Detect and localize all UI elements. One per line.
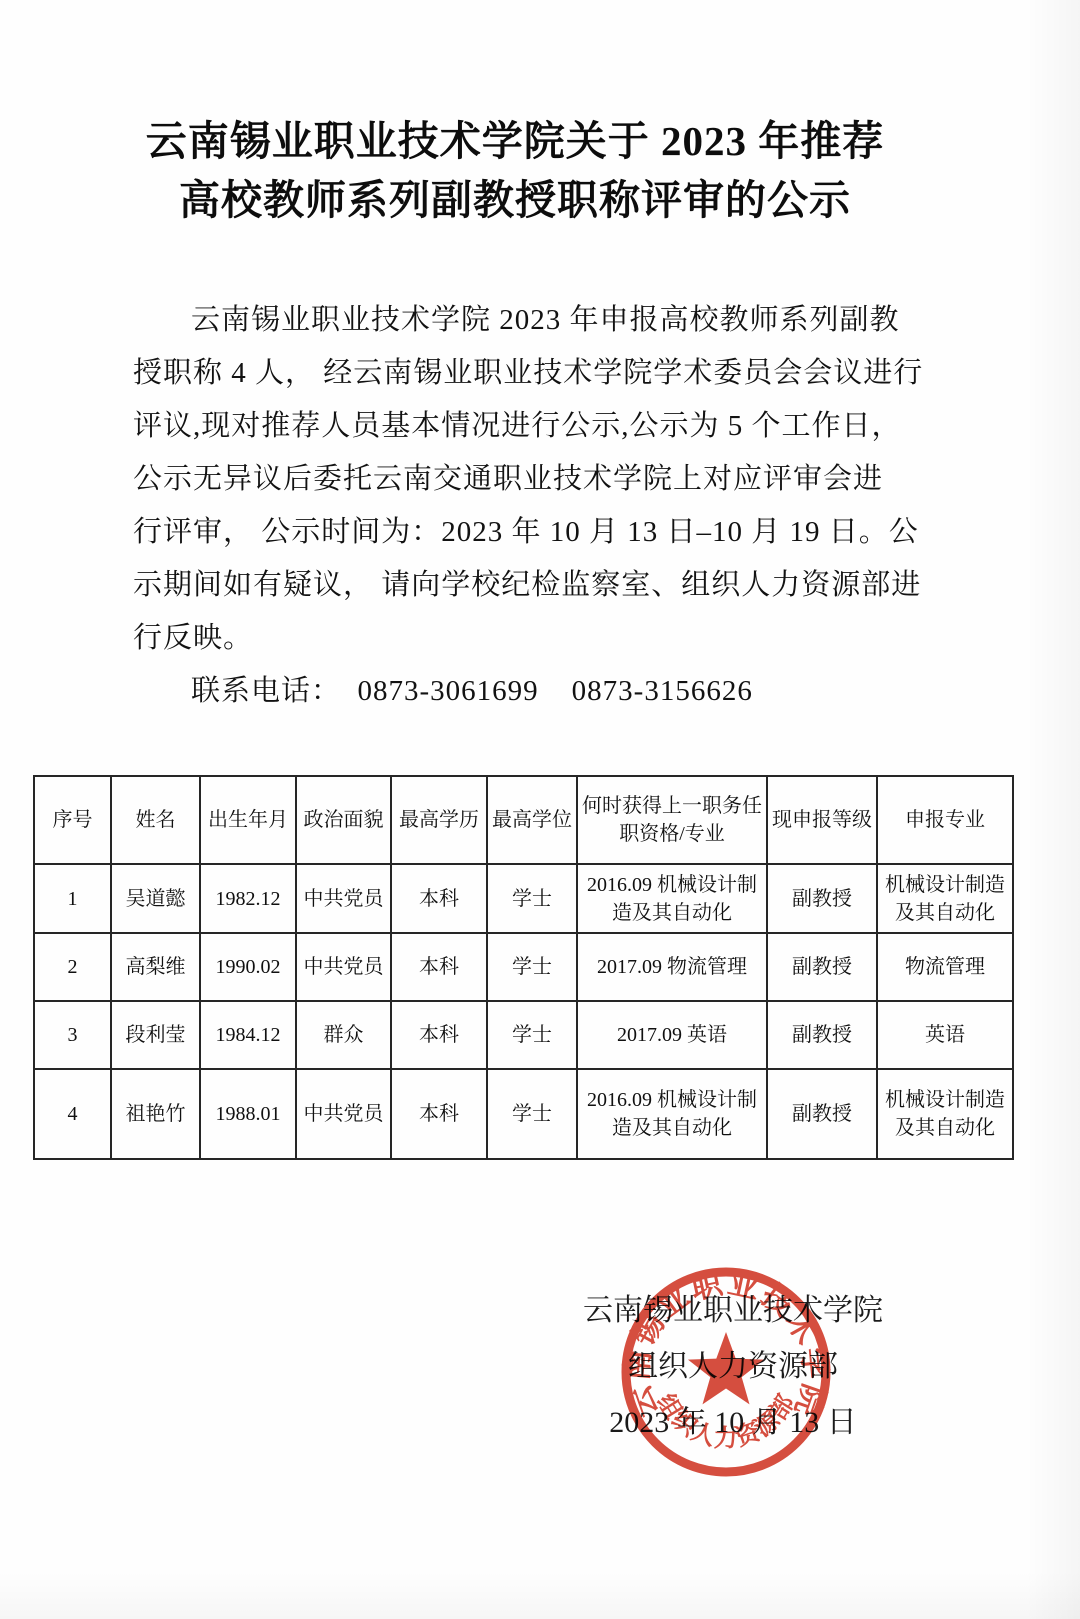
table-row: 3 段利莹 1984.12 群众 本科 学士 2017.09 英语 副教授 英语 (34, 1001, 1013, 1069)
table-cell: 机械设计制造及其自动化 (877, 1069, 1013, 1159)
table-cell: 群众 (296, 1001, 391, 1069)
column-header-applied-major: 申报专业 (877, 776, 1013, 864)
table-cell: 副教授 (767, 933, 877, 1001)
table-cell: 吴道懿 (111, 864, 200, 933)
table-cell: 副教授 (767, 864, 877, 933)
stamp-bottom-text: 组织人力资源部 (651, 1389, 800, 1452)
stamp-star-icon (688, 1332, 764, 1404)
paragraph-line: 行评审， 公示时间为：2023 年 10 月 13 日–10 月 19 日。公 (133, 506, 923, 559)
table-cell: 本科 (391, 1069, 487, 1159)
column-header-education: 最高学历 (391, 776, 487, 864)
paragraph-line: 授职称 4 人， 经云南锡业职业技术学院学术委员会会议进行 (133, 347, 923, 400)
paragraph-line: 评议,现对推荐人员基本情况进行公示,公示为 5 个工作日， (133, 400, 923, 453)
table-cell: 段利莹 (111, 1001, 200, 1069)
table-cell: 中共党员 (296, 1069, 391, 1159)
table-cell: 学士 (487, 933, 577, 1001)
table-row: 4 祖艳竹 1988.01 中共党员 本科 学士 2016.09 机械设计制造及… (34, 1069, 1013, 1159)
title-line-1: 云南锡业职业技术学院关于 2023 年推荐 (0, 112, 1030, 171)
official-stamp: 云南锡业职业技术学院 组织人力资源部 (606, 1252, 846, 1492)
document-page: 云南锡业职业技术学院关于 2023 年推荐 高校教师系列副教授职称评审的公示 云… (0, 0, 1080, 1619)
table-cell: 1984.12 (200, 1001, 296, 1069)
contact-phone-line: 联系电话： 0873-3061699 0873-3156626 (133, 665, 923, 718)
table-cell: 2016.09 机械设计制造及其自动化 (577, 864, 767, 933)
table-cell: 1988.01 (200, 1069, 296, 1159)
table-cell: 3 (34, 1001, 111, 1069)
table-cell: 本科 (391, 1001, 487, 1069)
table-cell: 2016.09 机械设计制造及其自动化 (577, 1069, 767, 1159)
column-header-degree: 最高学位 (487, 776, 577, 864)
table-cell: 1982.12 (200, 864, 296, 933)
table-cell: 机械设计制造及其自动化 (877, 864, 1013, 933)
title-line-2: 高校教师系列副教授职称评审的公示 (0, 171, 1030, 230)
table-cell: 高梨维 (111, 933, 200, 1001)
paragraph-line: 行反映。 (133, 612, 923, 665)
paragraph-line: 公示无异议后委托云南交通职业技术学院上对应评审会进 (133, 453, 923, 506)
column-header-birthdate: 出生年月 (200, 776, 296, 864)
table-cell: 2017.09 物流管理 (577, 933, 767, 1001)
table-row: 1 吴道懿 1982.12 中共党员 本科 学士 2016.09 机械设计制造及… (34, 864, 1013, 933)
table-cell: 本科 (391, 933, 487, 1001)
table-header-row: 序号 姓名 出生年月 政治面貌 最高学历 最高学位 何时获得上一职务任职资格/专… (34, 776, 1013, 864)
table-cell: 2017.09 英语 (577, 1001, 767, 1069)
table-cell: 物流管理 (877, 933, 1013, 1001)
table-cell: 副教授 (767, 1001, 877, 1069)
recommendation-table: 序号 姓名 出生年月 政治面貌 最高学历 最高学位 何时获得上一职务任职资格/专… (33, 775, 1014, 1160)
table-cell: 4 (34, 1069, 111, 1159)
body-paragraph: 云南锡业职业技术学院 2023 年申报高校教师系列副教 授职称 4 人， 经云南… (133, 294, 923, 718)
column-header-name: 姓名 (111, 776, 200, 864)
table-cell: 1990.02 (200, 933, 296, 1001)
table-cell: 英语 (877, 1001, 1013, 1069)
table-cell: 学士 (487, 1069, 577, 1159)
column-header-political-status: 政治面貌 (296, 776, 391, 864)
table-cell: 本科 (391, 864, 487, 933)
table-cell: 1 (34, 864, 111, 933)
table-cell: 中共党员 (296, 864, 391, 933)
table-row: 2 高梨维 1990.02 中共党员 本科 学士 2017.09 物流管理 副教… (34, 933, 1013, 1001)
table-cell: 学士 (487, 864, 577, 933)
column-header-index: 序号 (34, 776, 111, 864)
table-cell: 2 (34, 933, 111, 1001)
document-title: 云南锡业职业技术学院关于 2023 年推荐 高校教师系列副教授职称评审的公示 (0, 112, 1030, 230)
paragraph-line: 云南锡业职业技术学院 2023 年申报高校教师系列副教 (133, 294, 923, 347)
table-cell: 祖艳竹 (111, 1069, 200, 1159)
paragraph-line: 示期间如有疑议， 请向学校纪检监察室、组织人力资源部进 (133, 559, 923, 612)
column-header-applied-level: 现申报等级 (767, 776, 877, 864)
column-header-prior-title: 何时获得上一职务任职资格/专业 (577, 776, 767, 864)
table-cell: 学士 (487, 1001, 577, 1069)
table-cell: 副教授 (767, 1069, 877, 1159)
table-cell: 中共党员 (296, 933, 391, 1001)
